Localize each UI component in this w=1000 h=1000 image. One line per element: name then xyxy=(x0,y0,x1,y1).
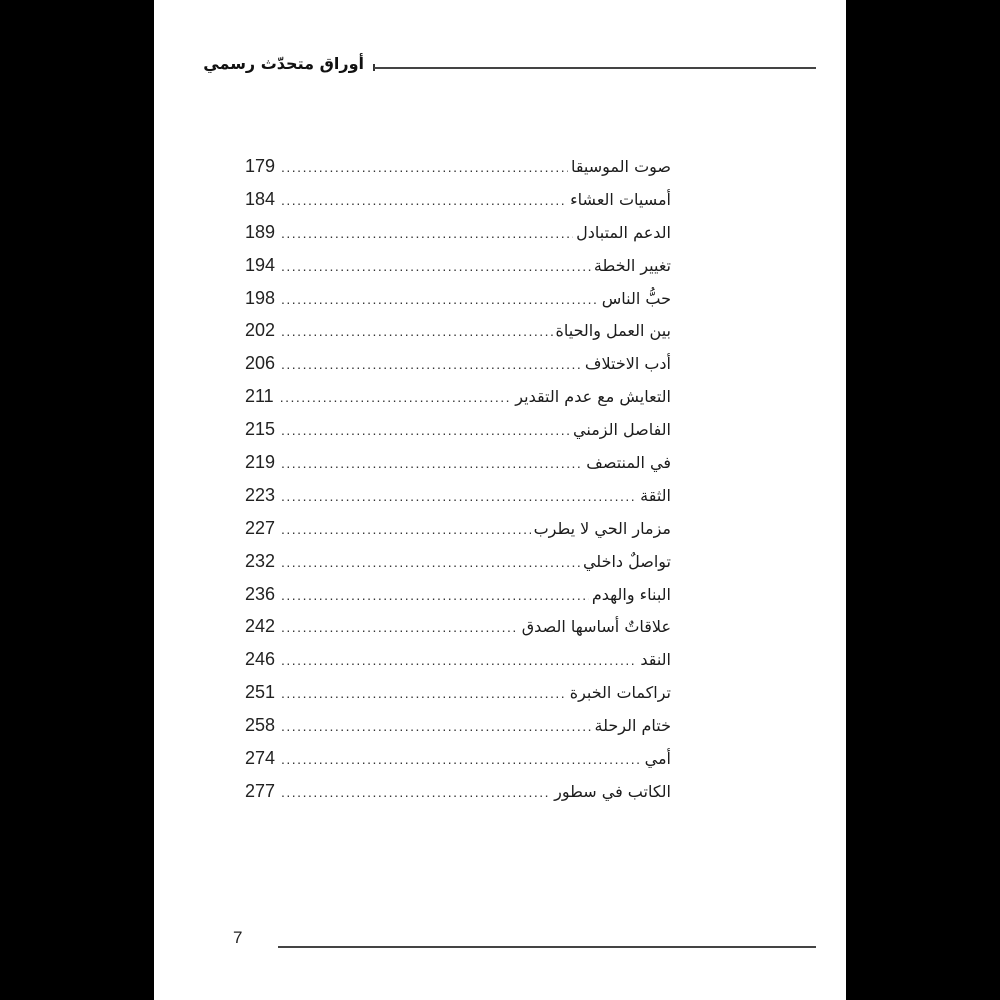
toc-title: البناء والهدم xyxy=(589,581,671,609)
toc-entry: 227 مزمار الحي لا يطرب xyxy=(245,514,671,547)
toc-entry: 242 علاقاتٌ أساسها الصدق xyxy=(245,612,671,645)
toc-title: التعايش مع عدم التقدير xyxy=(512,383,671,411)
toc-title: تراكمات الخبرة xyxy=(567,679,671,707)
toc-title: الثقة xyxy=(637,482,671,510)
toc-title: حبُّ الناس xyxy=(599,285,671,313)
table-of-contents: 179 صوت الموسيقا 184 أمسيات العشاء 189 ا… xyxy=(245,152,671,810)
dot-leader xyxy=(281,646,637,674)
toc-title: في المنتصف xyxy=(583,449,671,477)
toc-page-number: 219 xyxy=(245,448,281,476)
toc-page-number: 274 xyxy=(245,744,281,772)
toc-title: الدعم المتبادل xyxy=(573,219,671,247)
toc-page-number: 198 xyxy=(245,284,281,312)
toc-entry: 236 البناء والهدم xyxy=(245,580,671,613)
dot-leader xyxy=(281,186,567,214)
toc-page-number: 215 xyxy=(245,415,281,443)
toc-page-number: 258 xyxy=(245,711,281,739)
dot-leader xyxy=(281,712,591,740)
footer-rule xyxy=(278,946,816,948)
toc-title: النقد xyxy=(637,646,671,674)
header-rule xyxy=(374,67,816,69)
toc-page-number: 277 xyxy=(245,777,281,805)
dot-leader xyxy=(281,581,589,609)
toc-entry: 202 بين العمل والحياة xyxy=(245,316,671,349)
toc-title: تواصلٌ داخلي xyxy=(580,548,671,576)
dot-leader xyxy=(281,219,573,247)
running-header: أوراق متحدّث رسمي xyxy=(154,0,846,90)
toc-entry: 211 التعايش مع عدم التقدير xyxy=(245,382,671,415)
toc-page-number: 179 xyxy=(245,152,281,180)
toc-entry: 232 تواصلٌ داخلي xyxy=(245,547,671,580)
toc-title: ختام الرحلة xyxy=(592,712,672,740)
toc-page-number: 227 xyxy=(245,514,281,542)
toc-entry: 246 النقد xyxy=(245,645,671,678)
dot-leader xyxy=(281,778,551,806)
toc-title: بين العمل والحياة xyxy=(553,317,672,345)
dot-leader xyxy=(281,745,642,773)
toc-page-number: 189 xyxy=(245,218,281,246)
toc-page-number: 194 xyxy=(245,251,281,279)
dot-leader xyxy=(280,383,513,411)
toc-entry: 258 ختام الرحلة xyxy=(245,711,671,744)
toc-page-number: 232 xyxy=(245,547,281,575)
running-title: أوراق متحدّث رسمي xyxy=(203,52,364,76)
dot-leader xyxy=(281,416,570,444)
toc-entry: 194 تغيير الخطة xyxy=(245,251,671,284)
toc-page-number: 251 xyxy=(245,678,281,706)
dot-leader xyxy=(281,252,591,280)
toc-title: مزمار الحي لا يطرب xyxy=(531,515,671,543)
toc-page-number: 242 xyxy=(245,612,281,640)
dot-leader xyxy=(281,548,580,576)
toc-page-number: 202 xyxy=(245,316,281,344)
toc-entry: 206 أدب الاختلاف xyxy=(245,349,671,382)
book-page: أوراق متحدّث رسمي 179 صوت الموسيقا 184 أ… xyxy=(154,0,846,1000)
toc-entry: 277 الكاتب في سطور xyxy=(245,777,671,810)
dot-leader xyxy=(281,317,552,345)
toc-entry: 223 الثقة xyxy=(245,481,671,514)
dot-leader xyxy=(281,679,567,707)
toc-page-number: 184 xyxy=(245,185,281,213)
toc-page-number: 236 xyxy=(245,580,281,608)
toc-title: أمسيات العشاء xyxy=(567,186,671,214)
toc-title: علاقاتٌ أساسها الصدق xyxy=(519,613,671,641)
toc-page-number: 211 xyxy=(245,382,280,410)
toc-entry: 184 أمسيات العشاء xyxy=(245,185,671,218)
dot-leader xyxy=(281,153,568,181)
toc-title: صوت الموسيقا xyxy=(568,153,671,181)
toc-entry: 198 حبُّ الناس xyxy=(245,284,671,317)
toc-entry: 274 أمي xyxy=(245,744,671,777)
toc-title: أدب الاختلاف xyxy=(582,350,671,378)
toc-title: أمي xyxy=(642,745,671,773)
toc-entry: 219 في المنتصف xyxy=(245,448,671,481)
dot-leader xyxy=(281,350,582,378)
toc-entry: 179 صوت الموسيقا xyxy=(245,152,671,185)
toc-entry: 215 الفاصل الزمني xyxy=(245,415,671,448)
toc-entry: 189 الدعم المتبادل xyxy=(245,218,671,251)
page-number: 7 xyxy=(233,928,242,948)
toc-title: الكاتب في سطور xyxy=(551,778,671,806)
dot-leader xyxy=(281,515,531,543)
toc-page-number: 246 xyxy=(245,645,281,673)
dot-leader xyxy=(281,482,637,510)
toc-title: تغيير الخطة xyxy=(591,252,671,280)
dot-leader xyxy=(281,449,583,477)
toc-page-number: 223 xyxy=(245,481,281,509)
dot-leader xyxy=(281,285,599,313)
toc-page-number: 206 xyxy=(245,349,281,377)
toc-entry: 251 تراكمات الخبرة xyxy=(245,678,671,711)
toc-title: الفاصل الزمني xyxy=(570,416,671,444)
dot-leader xyxy=(281,613,519,641)
